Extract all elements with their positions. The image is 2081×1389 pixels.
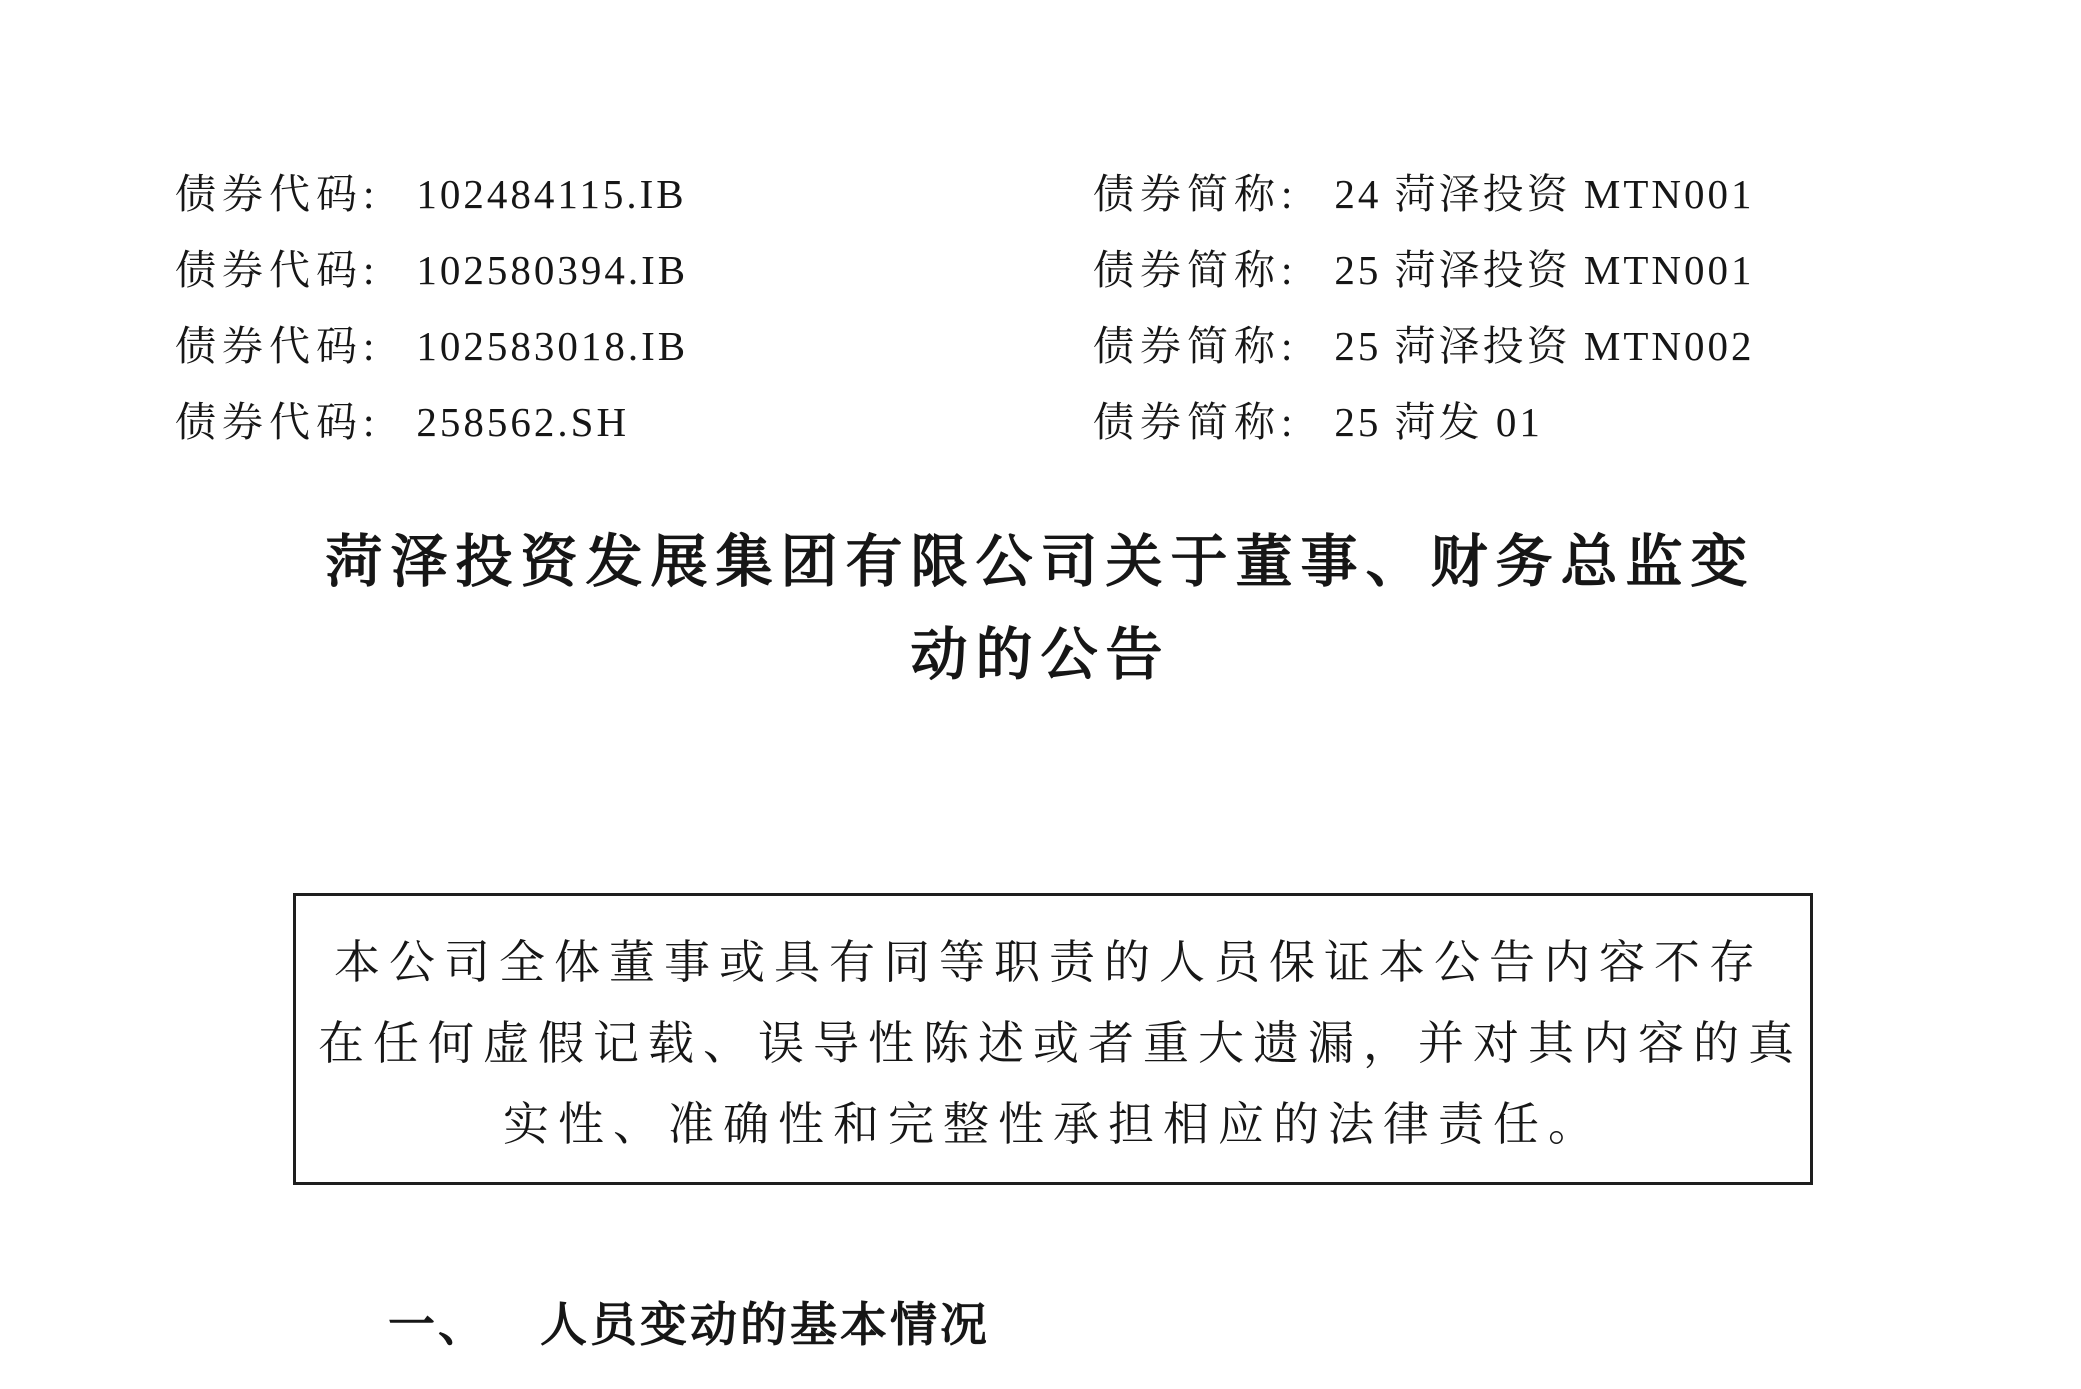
bond-list: 债券代码: 102484115.IB 债券简称: 24 菏泽投资 MTN001 … (175, 156, 1905, 460)
bond-code-label: 债券代码: (175, 384, 380, 460)
bond-row: 债券代码: 258562.SH 债券简称: 25 菏发 01 (175, 384, 1905, 460)
bond-name-value: 25 菏泽投资 MTN001 (1334, 232, 1754, 308)
section-number: 一、 (388, 1288, 488, 1355)
document-title: 菏泽投资发展集团有限公司关于董事、财务总监变 动的公告 (150, 516, 1931, 702)
section-heading: 一、 人员变动的基本情况 (388, 1288, 990, 1355)
document-title-line1: 菏泽投资发展集团有限公司关于董事、财务总监变 (150, 516, 1931, 609)
bond-name-cell: 债券简称: 25 菏发 01 (1093, 384, 1905, 460)
bond-name-label: 债券简称: (1093, 384, 1298, 460)
bond-code-value: 258562.SH (416, 384, 629, 460)
bond-name-cell: 债券简称: 25 菏泽投资 MTN002 (1093, 308, 1905, 384)
disclaimer-box: 本公司全体董事或具有同等职责的人员保证本公告内容不存 在任何虚假记载、误导性陈述… (293, 893, 1813, 1185)
bond-code-label: 债券代码: (175, 232, 380, 308)
bond-code-value: 102484115.IB (416, 156, 686, 232)
bond-row: 债券代码: 102484115.IB 债券简称: 24 菏泽投资 MTN001 (175, 156, 1905, 232)
bond-code-value: 102583018.IB (416, 308, 688, 384)
document-title-line2: 动的公告 (150, 609, 1931, 702)
disclaimer-line: 实性、准确性和完整性承担相应的法律责任。 (318, 1084, 1788, 1165)
announcement-page: 债券代码: 102484115.IB 债券简称: 24 菏泽投资 MTN001 … (0, 0, 2081, 1389)
bond-name-value: 24 菏泽投资 MTN001 (1334, 156, 1754, 232)
bond-code-label: 债券代码: (175, 308, 380, 384)
bond-code-value: 102580394.IB (416, 232, 688, 308)
bond-code-cell: 债券代码: 102484115.IB (175, 156, 1093, 232)
bond-name-label: 债券简称: (1093, 232, 1298, 308)
bond-code-cell: 债券代码: 258562.SH (175, 384, 1093, 460)
bond-name-label: 债券简称: (1093, 308, 1298, 384)
bond-row: 债券代码: 102580394.IB 债券简称: 25 菏泽投资 MTN001 (175, 232, 1905, 308)
section-title: 人员变动的基本情况 (540, 1288, 990, 1355)
bond-code-label: 债券代码: (175, 156, 380, 232)
bond-code-cell: 债券代码: 102583018.IB (175, 308, 1093, 384)
bond-row: 债券代码: 102583018.IB 债券简称: 25 菏泽投资 MTN002 (175, 308, 1905, 384)
disclaimer-line: 本公司全体董事或具有同等职责的人员保证本公告内容不存 (318, 922, 1788, 1003)
bond-name-cell: 债券简称: 25 菏泽投资 MTN001 (1093, 232, 1905, 308)
bond-name-value: 25 菏泽投资 MTN002 (1334, 308, 1754, 384)
disclaimer-line: 在任何虚假记载、误导性陈述或者重大遗漏，并对其内容的真 (318, 1003, 1788, 1084)
bond-name-label: 债券简称: (1093, 156, 1298, 232)
bond-name-cell: 债券简称: 24 菏泽投资 MTN001 (1093, 156, 1905, 232)
bond-code-cell: 债券代码: 102580394.IB (175, 232, 1093, 308)
bond-name-value: 25 菏发 01 (1334, 384, 1543, 460)
